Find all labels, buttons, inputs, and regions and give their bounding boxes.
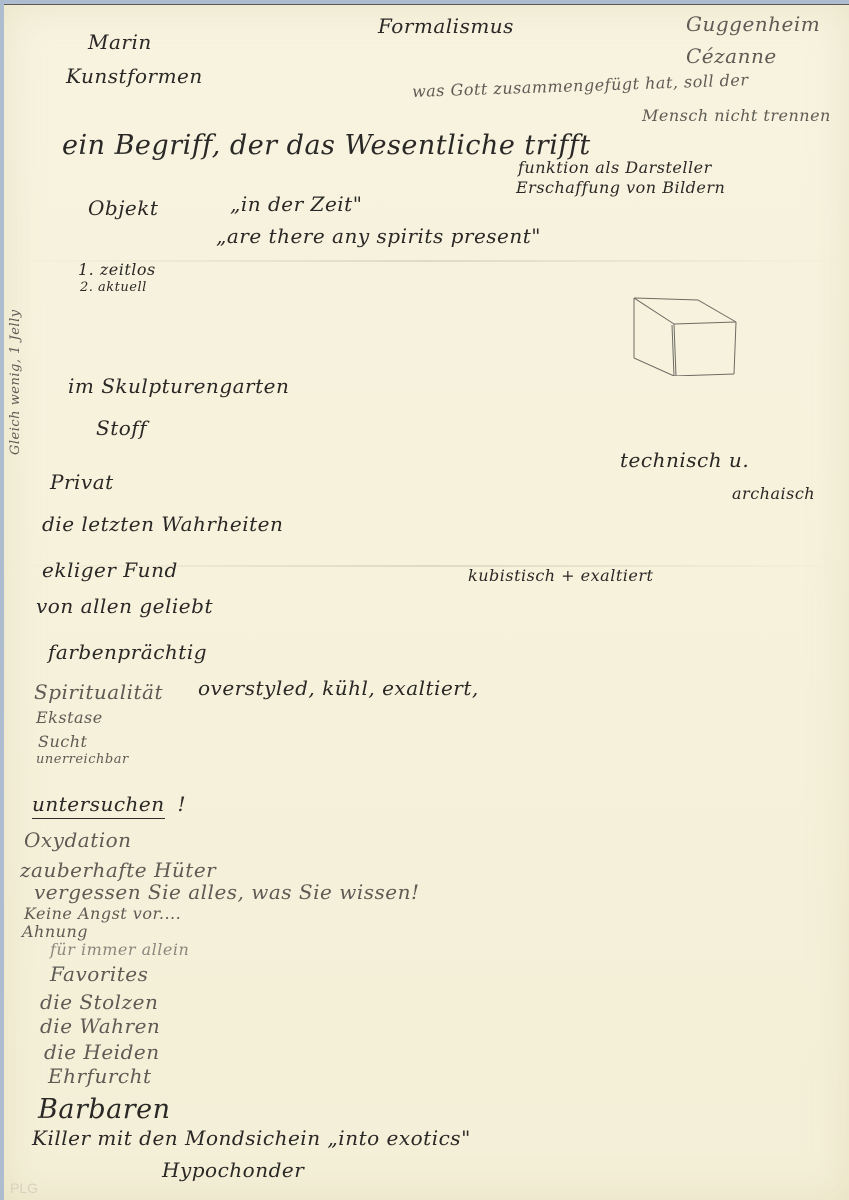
note-fund: ekliger Fund — [42, 558, 178, 582]
note-in-der-zeit: „in der Zeit" — [230, 192, 362, 216]
note-begriff: ein Begriff, der das Wesentliche trifft — [62, 130, 591, 161]
corner-stamp: PLG — [10, 1180, 38, 1196]
note-farbenpraechtig: farbenprächtig — [48, 640, 207, 664]
note-marin: Marin — [88, 30, 152, 54]
note-stoff: Stoff — [96, 416, 147, 440]
note-technisch: technisch u. — [620, 448, 749, 472]
note-exclamation: ! — [178, 792, 187, 816]
note-line: die Wahren — [40, 1014, 160, 1038]
note-line: zauberhafte Hüter — [20, 858, 216, 882]
note-line: Favorites — [50, 962, 148, 986]
note-spirits-present: „are there any spirits present" — [216, 224, 541, 248]
note-spiritualitaet: Spiritualität — [34, 680, 163, 704]
note-untersuchen-text: untersuchen — [32, 792, 165, 819]
note-untersuchen: untersuchen ! — [32, 792, 186, 816]
note-line: Oxydation — [24, 828, 132, 852]
note-line: die Stolzen — [40, 990, 158, 1014]
note-guggenheim: Guggenheim — [686, 12, 820, 36]
note-wahrheiten: die letzten Wahrheiten — [42, 512, 283, 536]
note-archaisch: archaisch — [732, 484, 815, 503]
note-sucht: Sucht — [38, 732, 87, 751]
note-cezanne: Cézanne — [686, 44, 777, 68]
note-formalismus: Formalismus — [378, 14, 514, 38]
note-line: Keine Angst vor.... — [24, 904, 181, 923]
note-skulpturengarten: im Skulpturengarten — [68, 374, 289, 398]
margin-note-vertical: Gleich wenig, 1 Jelly — [8, 309, 23, 455]
note-list-aktuell: 2. aktuell — [80, 280, 147, 295]
note-line: Ahnung — [22, 922, 88, 941]
note-line: für immer allein — [50, 940, 189, 959]
note-kunstformen: Kunstformen — [66, 64, 203, 88]
note-line: vergessen Sie alles, was Sie wissen! — [34, 880, 420, 904]
note-overstyled: overstyled, kühl, exaltiert, — [198, 676, 479, 700]
note-unerreichbar: unerreichbar — [36, 752, 129, 767]
note-erschaffung: Erschaffung von Bildern — [516, 178, 725, 197]
cube-sketch-icon — [630, 292, 742, 376]
note-line: Barbaren — [38, 1094, 171, 1125]
note-funktion: funktion als Darsteller — [518, 158, 712, 177]
note-gott-line2: Mensch nicht trennen — [642, 106, 831, 125]
note-line: Killer mit den Mondsichein „into exotics… — [32, 1126, 471, 1150]
note-objekt: Objekt — [88, 196, 158, 220]
note-line: Hypochonder — [162, 1158, 304, 1182]
note-geliebt: von allen geliebt — [36, 594, 213, 618]
note-list-zeitlos: 1. zeitlos — [78, 260, 156, 279]
note-kubistisch: kubistisch + exaltiert — [468, 566, 653, 585]
note-ekstase: Ekstase — [36, 708, 103, 727]
note-line: Ehrfurcht — [48, 1064, 152, 1088]
note-line: die Heiden — [44, 1040, 160, 1064]
note-privat: Privat — [50, 470, 114, 494]
